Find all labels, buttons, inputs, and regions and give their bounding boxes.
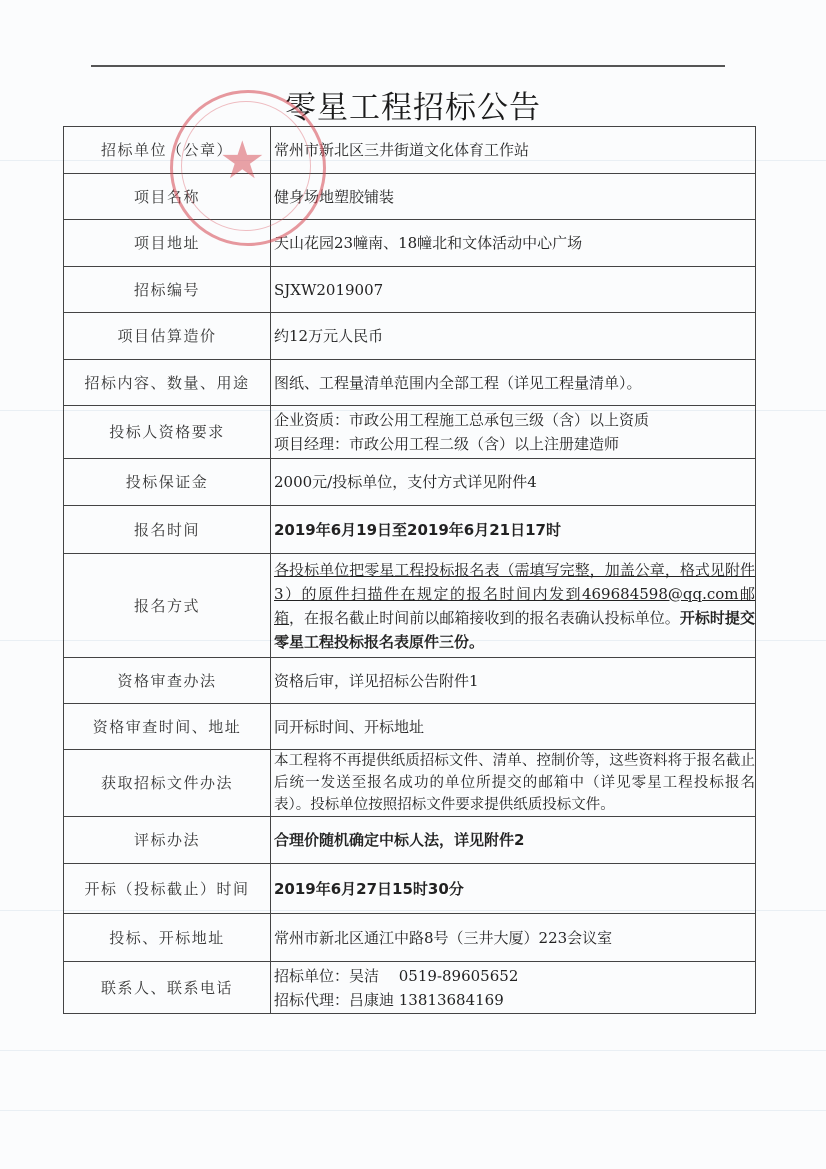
row-label: 获取招标文件办法 xyxy=(64,750,271,817)
table-row: 投标人资格要求 企业资质：市政公用工程施工总承包三级（含）以上资质 项目经理：市… xyxy=(64,406,756,459)
row-value: 2000元/投标单位，支付方式详见附件4 xyxy=(271,459,756,506)
table-row: 投标、开标地址 常州市新北区通江中路8号（三井大厦）223会议室 xyxy=(64,914,756,962)
row-value: 2019年6月19日至2019年6月21日17时 xyxy=(271,506,756,554)
row-label: 招标内容、数量、用途 xyxy=(64,360,271,406)
row-label: 招标编号 xyxy=(64,267,271,313)
row-value: 约12万元人民币 xyxy=(271,313,756,360)
row-label: 项目地址 xyxy=(64,220,271,267)
value-line: 项目经理：市政公用工程二级（含）以上注册建造师 xyxy=(274,432,755,456)
row-label: 项目估算造价 xyxy=(64,313,271,360)
table-row: 联系人、联系电话 招标单位：吴洁 0519-89605652 招标代理：吕康迪 … xyxy=(64,962,756,1014)
row-value: 天山花园23幢南、18幢北和文体活动中心广场 xyxy=(271,220,756,267)
tender-notice-table: 招标单位（公章） 常州市新北区三井街道文化体育工作站 项目名称 健身场地塑胶铺装… xyxy=(63,126,756,1014)
table-row: 资格审查时间、地址 同开标时间、开标地址 xyxy=(64,704,756,750)
table-row: 项目估算造价 约12万元人民币 xyxy=(64,313,756,360)
row-value: 招标单位：吴洁 0519-89605652 招标代理：吕康迪 138136841… xyxy=(271,962,756,1014)
row-value: 图纸、工程量清单范围内全部工程（详见工程量清单）。 xyxy=(271,360,756,406)
row-label: 资格审查时间、地址 xyxy=(64,704,271,750)
row-label: 投标人资格要求 xyxy=(64,406,271,459)
row-label: 资格审查办法 xyxy=(64,658,271,704)
row-label: 开标（投标截止）时间 xyxy=(64,864,271,914)
header-rule xyxy=(91,65,725,67)
value-line: 招标单位：吴洁 0519-89605652 xyxy=(274,964,755,988)
row-value: 同开标时间、开标地址 xyxy=(271,704,756,750)
table-row: 获取招标文件办法 本工程将不再提供纸质招标文件、清单、控制价等，这些资料将于报名… xyxy=(64,750,756,817)
row-value: 常州市新北区通江中路8号（三井大厦）223会议室 xyxy=(271,914,756,962)
table-row: 资格审查办法 资格后审，详见招标公告附件1 xyxy=(64,658,756,704)
value-line: 招标代理：吕康迪 13813684169 xyxy=(274,988,755,1012)
table-row: 投标保证金 2000元/投标单位，支付方式详见附件4 xyxy=(64,459,756,506)
value-line: 企业资质：市政公用工程施工总承包三级（含）以上资质 xyxy=(274,408,755,432)
table-row: 报名时间 2019年6月19日至2019年6月21日17时 xyxy=(64,506,756,554)
row-value: 健身场地塑胶铺装 xyxy=(271,174,756,220)
row-value: 合理价随机确定中标人法，详见附件2 xyxy=(271,817,756,864)
table-row: 招标内容、数量、用途 图纸、工程量清单范围内全部工程（详见工程量清单）。 xyxy=(64,360,756,406)
table-row: 招标编号 SJXW2019007 xyxy=(64,267,756,313)
row-value: 常州市新北区三井街道文化体育工作站 xyxy=(271,127,756,174)
row-label: 投标、开标地址 xyxy=(64,914,271,962)
table-row: 项目地址 天山花园23幢南、18幢北和文体活动中心广场 xyxy=(64,220,756,267)
row-value: 本工程将不再提供纸质招标文件、清单、控制价等，这些资料将于报名截止后统一发送至报… xyxy=(271,750,756,817)
row-label: 报名时间 xyxy=(64,506,271,554)
page-title: 零星工程招标公告 xyxy=(0,88,826,128)
row-label: 投标保证金 xyxy=(64,459,271,506)
table-row: 招标单位（公章） 常州市新北区三井街道文化体育工作站 xyxy=(64,127,756,174)
row-value: 各投标单位把零星工程投标报名表（需填写完整，加盖公章，格式见附件3）的原件扫描件… xyxy=(271,554,756,658)
row-value: SJXW2019007 xyxy=(271,267,756,313)
row-label: 联系人、联系电话 xyxy=(64,962,271,1014)
row-value: 资格后审，详见招标公告附件1 xyxy=(271,658,756,704)
row-label: 招标单位（公章） xyxy=(64,127,271,174)
row-label: 报名方式 xyxy=(64,554,271,658)
table-row: 项目名称 健身场地塑胶铺装 xyxy=(64,174,756,220)
table-row: 报名方式 各投标单位把零星工程投标报名表（需填写完整，加盖公章，格式见附件3）的… xyxy=(64,554,756,658)
row-value: 2019年6月27日15时30分 xyxy=(271,864,756,914)
table-row: 开标（投标截止）时间 2019年6月27日15时30分 xyxy=(64,864,756,914)
registration-note: ，在报名截止时间前以邮箱接收到的报名表确认投标单位。 xyxy=(289,609,680,627)
row-label: 项目名称 xyxy=(64,174,271,220)
row-value: 企业资质：市政公用工程施工总承包三级（含）以上资质 项目经理：市政公用工程二级（… xyxy=(271,406,756,459)
row-label: 评标办法 xyxy=(64,817,271,864)
table-row: 评标办法 合理价随机确定中标人法，详见附件2 xyxy=(64,817,756,864)
